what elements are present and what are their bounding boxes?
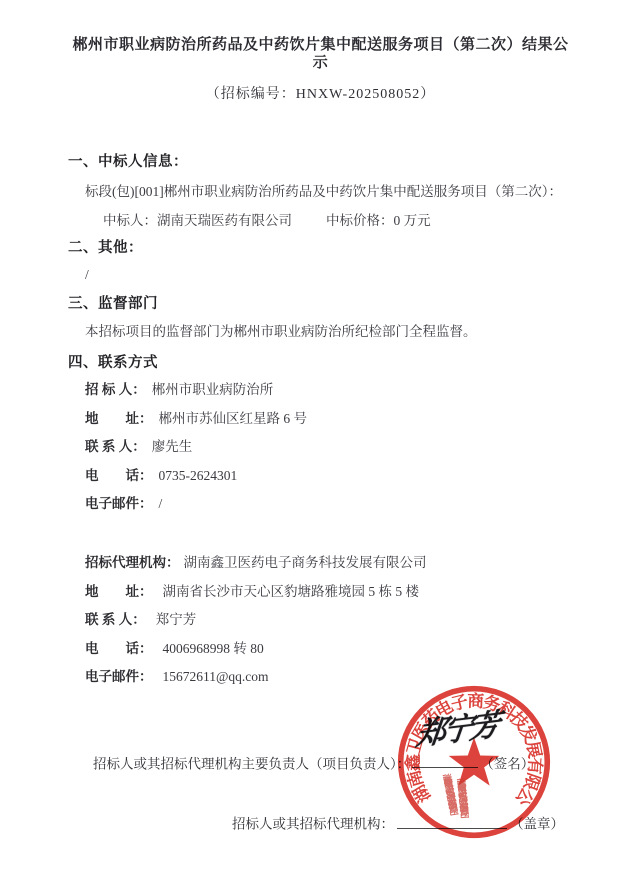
contact-value: 4006968998 转 80 [163, 641, 264, 656]
section-2-heading: 二、其他： [68, 241, 573, 256]
seal-company-text: 湖南鑫卫医药电子商务科技发展有限公司 [392, 680, 546, 809]
contact-label: 联 系 人： [85, 612, 146, 627]
section-1-heading: 一、中标人信息： [68, 155, 573, 170]
contact-label: 电 话： [85, 468, 153, 483]
contact-value: / [159, 496, 163, 511]
contact-value: 廖先生 [152, 439, 193, 454]
contact-label: 电子邮件： [85, 669, 153, 684]
lot-line: 标段(包)[001]郴州市职业病防治所药品及中药饮片集中配送服务项目（第二次）： [68, 185, 573, 199]
contact-label: 电 话： [85, 641, 153, 656]
price-value: 0 万元 [394, 213, 431, 228]
winner-label: 中标人： [103, 213, 157, 228]
contact-label: 招标代理机构： [85, 555, 180, 570]
contact-row-agency-phone: 电 话：4006968998 转 80 [85, 642, 573, 656]
svg-text:湖南鑫卫医药电子商务科技发展有限公司: 湖南鑫卫医药电子商务科技发展有限公司 [392, 680, 546, 809]
contact-label: 地 址： [85, 411, 153, 426]
contact-label: 联 系 人： [85, 439, 146, 454]
company-seal-stamp: 湖南鑫卫医药电子商务科技发展有限公司 湖南鑫卫医药电子商务科技发展有限公司 湖南… [392, 680, 556, 844]
section-3-content: 本招标项目的监督部门为郴州市职业病防治所纪检部门全程监督。 [68, 325, 573, 339]
contact-row-tenderer-address: 地 址：郴州市苏仙区红星路 6 号 [85, 412, 573, 426]
contact-row-tenderer-phone: 电 话：0735-2624301 [85, 469, 573, 483]
tender-number: （招标编号：HNXW-202508052） [68, 86, 573, 103]
contact-label: 招 标 人： [85, 382, 146, 397]
contact-value: 15672611@qq.com [163, 669, 269, 684]
contact-row-tenderer-name: 招 标 人：郴州市职业病防治所 [85, 383, 573, 397]
contact-value: 郴州市苏仙区红星路 6 号 [159, 411, 308, 426]
contact-value: 湖南鑫卫医药电子商务科技发展有限公司 [184, 555, 427, 570]
contact-value: 郑宁芳 [156, 612, 197, 627]
section-2-content: / [68, 268, 573, 282]
seal-star-icon [449, 737, 500, 785]
contact-value: 湖南省长沙市天心区豹塘路雅境园 5 栋 5 楼 [163, 584, 420, 599]
contact-row-tenderer-person: 联 系 人：廖先生 [85, 440, 573, 454]
winner-value: 湖南天瑞医药有限公司 [157, 213, 292, 228]
contact-value: 郴州市职业病防治所 [152, 382, 274, 397]
section-3-heading: 三、监督部门 [68, 297, 573, 312]
contact-row-agency-name: 招标代理机构：湖南鑫卫医药电子商务科技发展有限公司 [85, 556, 573, 570]
signature-line-prefix: 招标人或其招标代理机构主要负责人（项目负责人）： [93, 756, 410, 771]
tenderer-contact-block: 招 标 人：郴州市职业病防治所 地 址：郴州市苏仙区红星路 6 号 联 系 人：… [68, 383, 573, 511]
agency-contact-block: 招标代理机构：湖南鑫卫医药电子商务科技发展有限公司 地 址：湖南省长沙市天心区豹… [68, 556, 573, 684]
contact-label: 电子邮件： [85, 496, 153, 511]
section-4-heading: 四、联系方式 [68, 356, 573, 371]
contact-row-agency-person: 联 系 人：郑宁芳 [85, 613, 573, 627]
contact-label: 地 址： [85, 584, 153, 599]
winner-line: 中标人：湖南天瑞医药有限公司中标价格：0 万元 [68, 214, 573, 228]
page-title: 郴州市职业病防治所药品及中药饮片集中配送服务项目（第二次）结果公示 [68, 36, 573, 72]
contact-row-agency-address: 地 址：湖南省长沙市天心区豹塘路雅境园 5 栋 5 楼 [85, 585, 573, 599]
stamp-line-prefix: 招标人或其招标代理机构： [232, 817, 394, 832]
contact-value: 0735-2624301 [159, 468, 238, 483]
document-page: 郴州市职业病防治所药品及中药饮片集中配送服务项目（第二次）结果公示 （招标编号：… [0, 0, 631, 892]
price-label: 中标价格： [326, 213, 394, 228]
contact-row-tenderer-email: 电子邮件：/ [85, 497, 573, 511]
